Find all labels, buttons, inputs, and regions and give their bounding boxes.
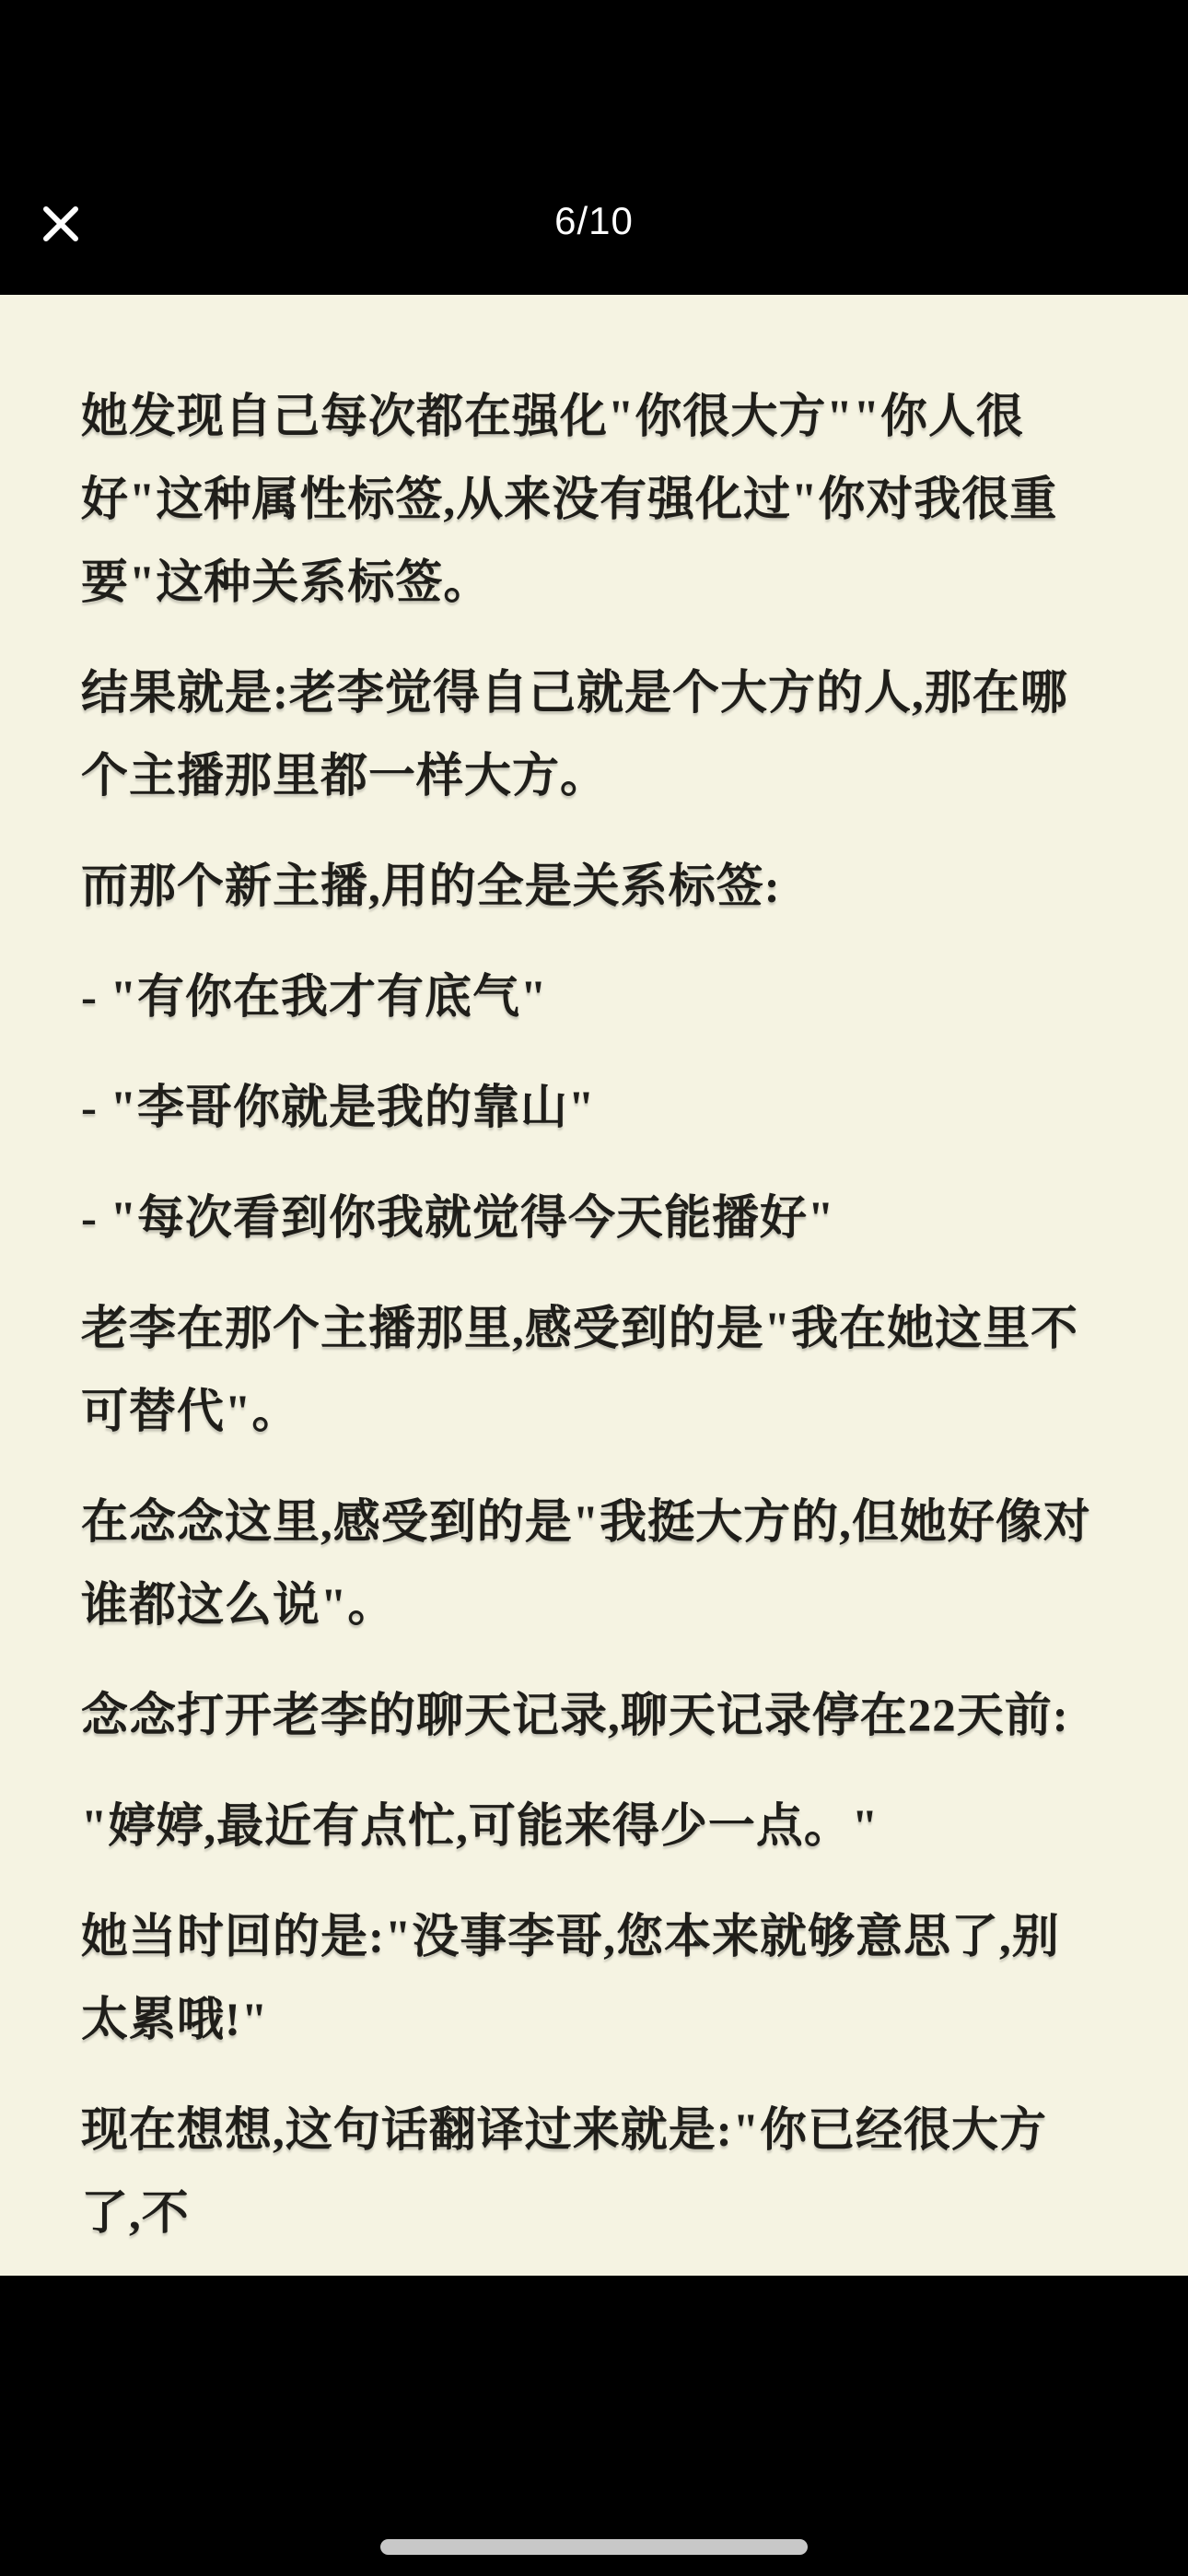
story-paragraph: 结果就是:老李觉得自己就是个大方的人,那在哪个主播那里都一样大方。 xyxy=(81,652,1107,818)
story-paragraph: - "李哥你就是我的靠山" xyxy=(81,1067,1107,1150)
page-indicator: 6/10 xyxy=(0,197,1188,245)
phone-screen: 6/10 她发现自己每次都在强化"你很大方""你人很好"这种属性标签,从来没有强… xyxy=(0,0,1188,2576)
home-indicator[interactable] xyxy=(380,2539,808,2555)
story-page[interactable]: 她发现自己每次都在强化"你很大方""你人很好"这种属性标签,从来没有强化过"你对… xyxy=(0,295,1188,2276)
story-paragraph: "婷婷,最近有点忙,可能来得少一点。" xyxy=(81,1786,1107,1868)
story-paragraph: 而那个新主播,用的全是关系标签: xyxy=(81,846,1107,929)
story-paragraph: 念念打开老李的聊天记录,聊天记录停在22天前: xyxy=(81,1675,1107,1758)
viewer-header: 6/10 xyxy=(0,0,1188,295)
story-paragraph: 她发现自己每次都在强化"你很大方""你人很好"这种属性标签,从来没有强化过"你对… xyxy=(81,376,1107,625)
story-paragraph: 现在想想,这句话翻译过来就是:"你已经很大方了,不 xyxy=(81,2090,1107,2255)
bottom-bar xyxy=(0,2276,1188,2576)
story-paragraph: 老李在那个主播那里,感受到的是"我在她这里不可替代"。 xyxy=(81,1288,1107,1454)
story-paragraph: 在念念这里,感受到的是"我挺大方的,但她好像对谁都这么说"。 xyxy=(81,1481,1107,1647)
story-paragraph: - "每次看到你我就觉得今天能播好" xyxy=(81,1177,1107,1260)
story-paragraph: - "有你在我才有底气" xyxy=(81,956,1107,1039)
story-paragraph: 她当时回的是:"没事李哥,您本来就够意思了,别太累哦!" xyxy=(81,1896,1107,2062)
